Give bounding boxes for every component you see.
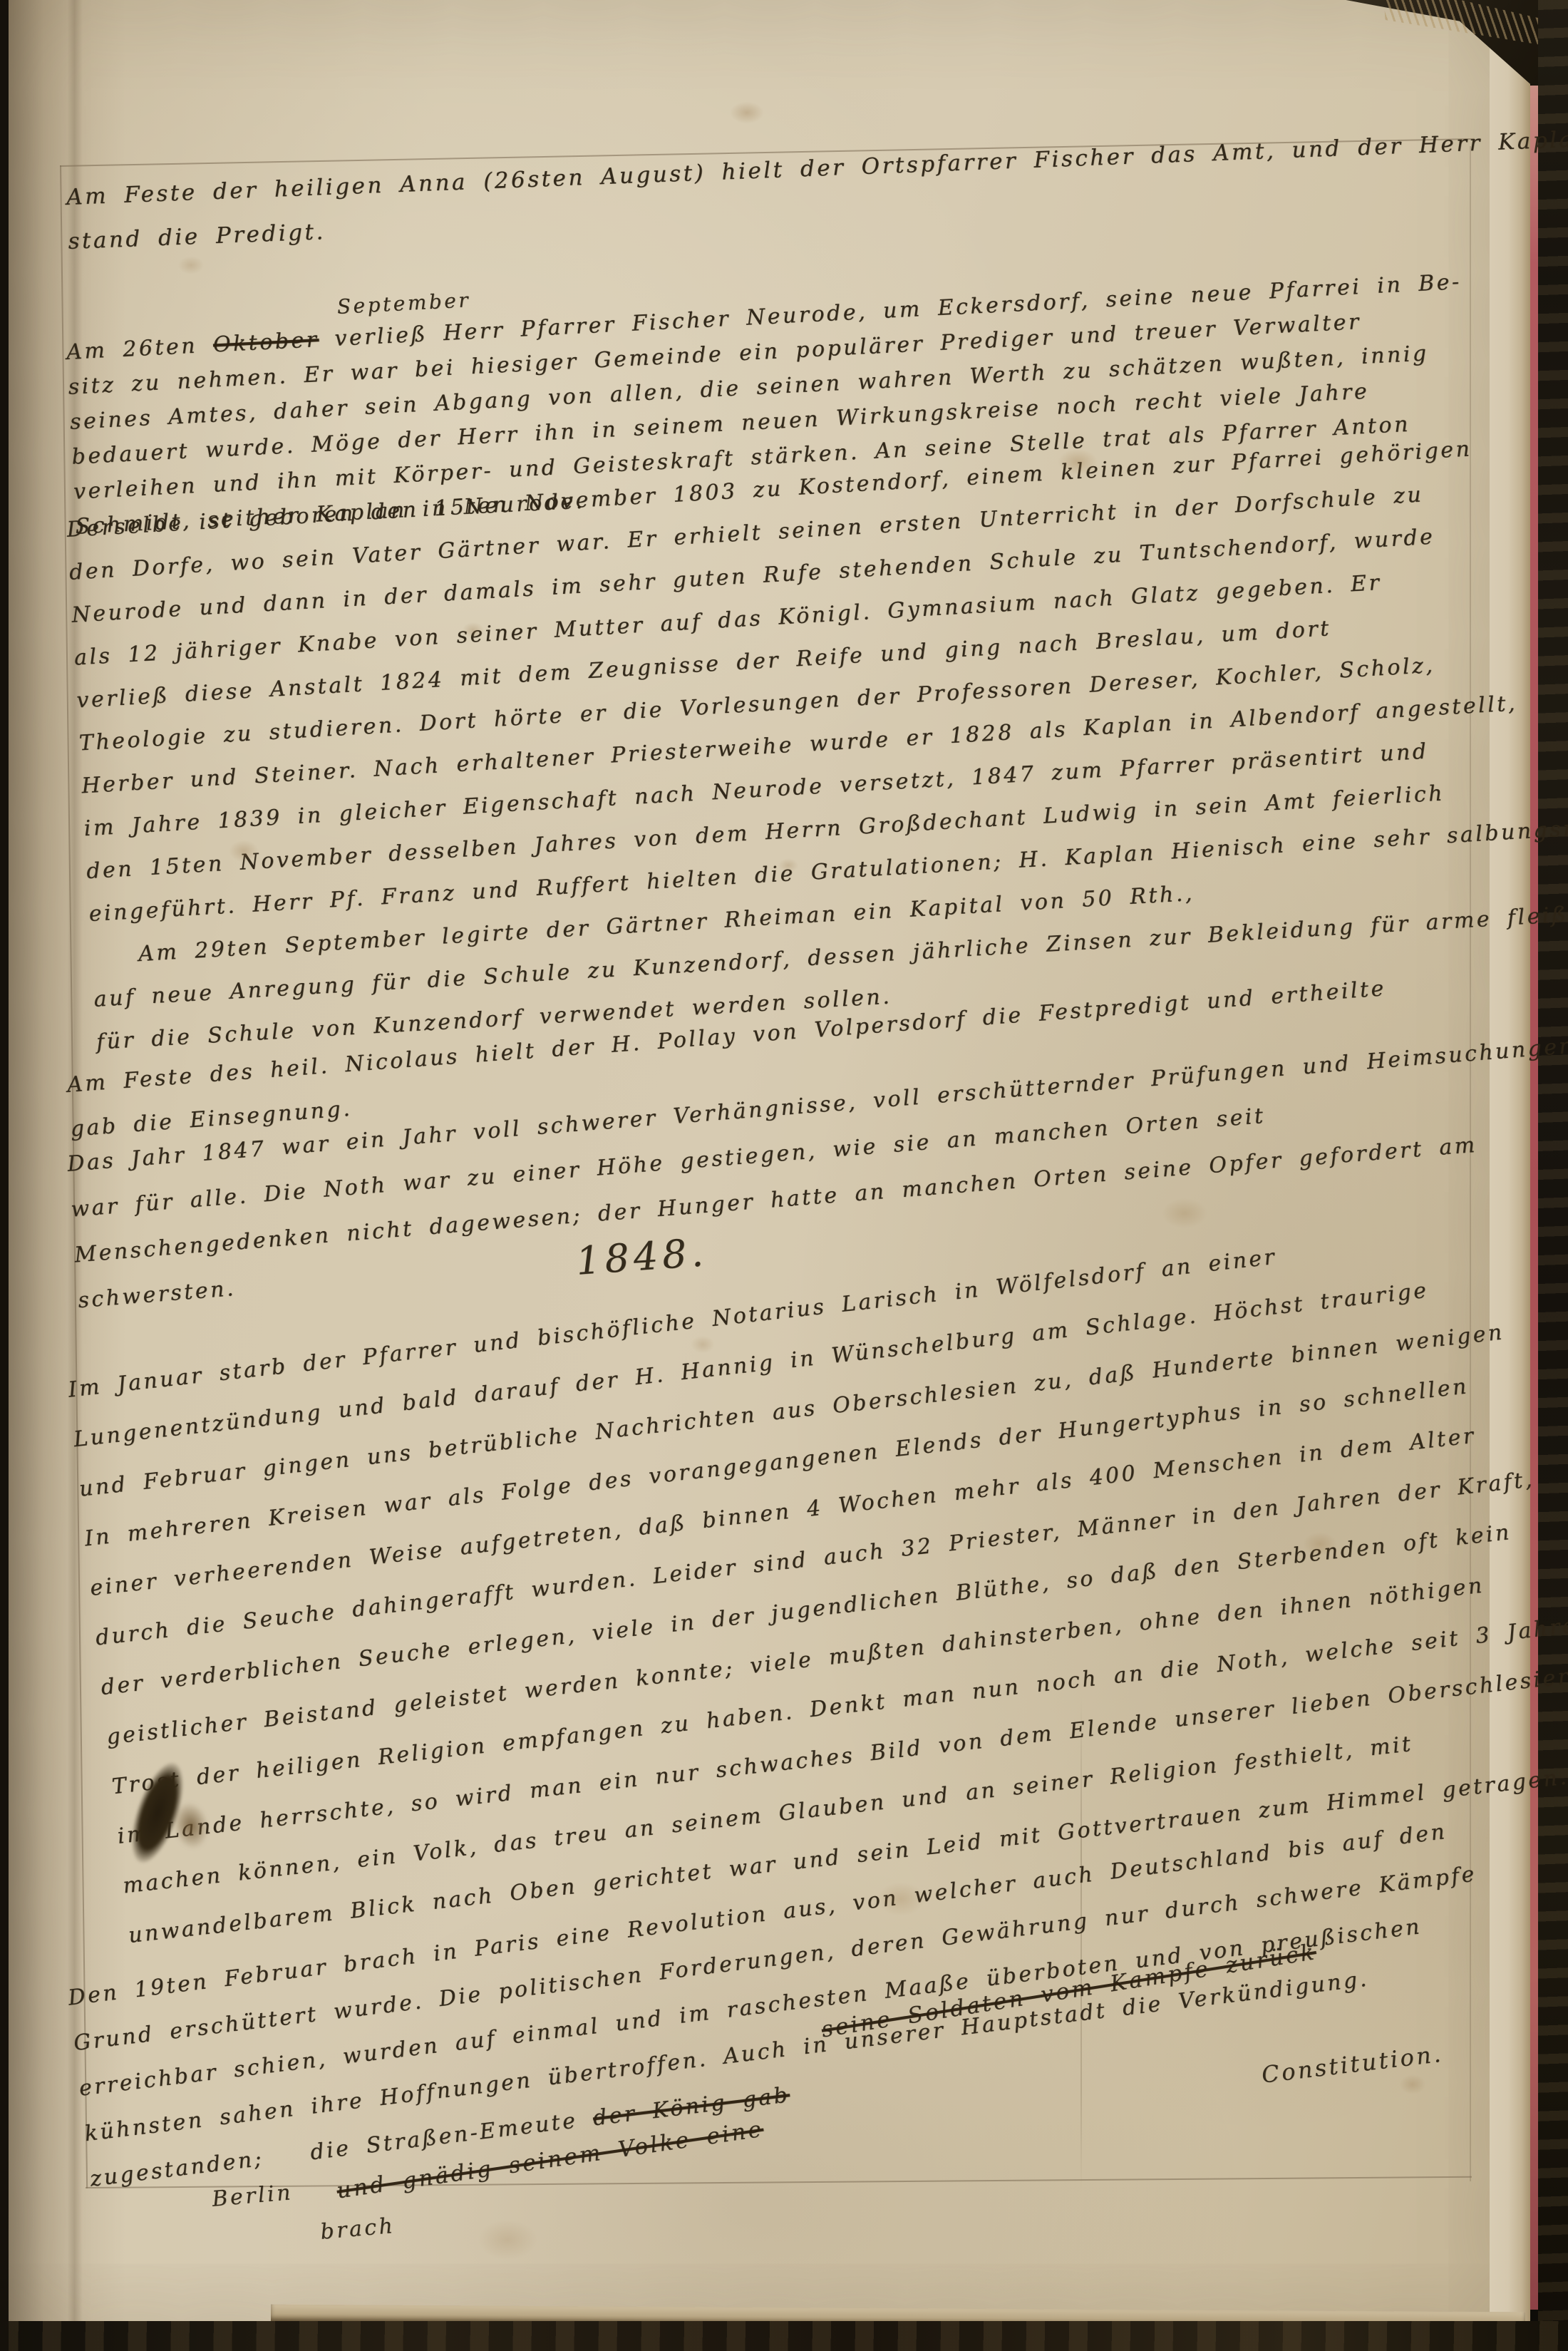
- year-heading-1848: 1848.: [574, 1230, 709, 1284]
- book-cover-edge-right: [1538, 0, 1568, 2351]
- book-cover-edge-bottom: [0, 2321, 1568, 2351]
- struck-text: Oktober: [212, 327, 319, 357]
- book-spine-edge-left: [0, 0, 9, 2351]
- red-fore-edge-stripe: [1530, 86, 1538, 2310]
- manuscript-scan: Am Feste der heiligen Anna (26sten Augus…: [0, 0, 1568, 2351]
- entry-pfarrer-schmidt-biography: Derselbe ist geboren den 15ten November …: [66, 426, 1528, 1064]
